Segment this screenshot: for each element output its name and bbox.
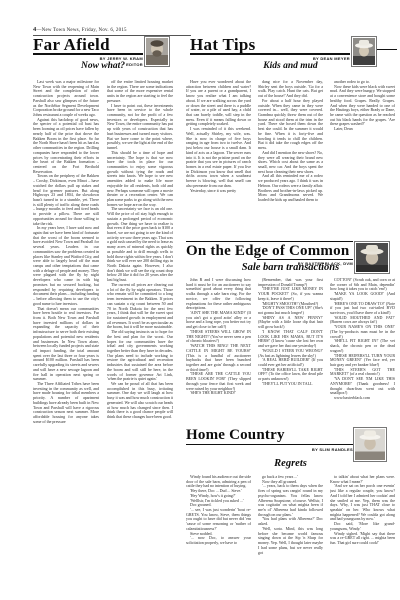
paragraph: 'YOUR NAME'S ON THIS ONE!' (The by-produ…	[330, 325, 395, 339]
paragraph: Now these kids were black with sweet mud…	[330, 85, 395, 127]
paragraph: This should be a time of hope and uncert…	[107, 151, 173, 208]
paragraph: 'WATCH THIS RING! THE NEXT CATTLE IN MIG…	[186, 344, 251, 372]
paragraph: That doesn't mean our communities have b…	[33, 307, 99, 383]
paragraph: The Three Affiliated Tribes have been in…	[33, 382, 99, 424]
paragraph: Later, Dean	[330, 127, 395, 132]
common-sense-column-1: John R and I were discussing how hard it…	[186, 278, 251, 424]
paragraph: Windy found his audience out the side do…	[186, 475, 251, 489]
newspaper-page: 4—New Town News, Friday, Nov. 6, 2015 Fa…	[0, 0, 400, 600]
common-sense-headline: Sale barn transactions	[186, 263, 395, 274]
hat-tips-rule	[190, 53, 350, 55]
paragraph: The uncertainty we face is an old one. W…	[107, 207, 173, 283]
hat-tips-column-3: another rodeo to go to.Now these kids we…	[330, 80, 395, 248]
hat-tips-rule-right	[377, 49, 397, 50]
paragraph: I was reminded of it this weekend. Well,…	[186, 127, 251, 188]
paragraph: 'And we sat on her porch one evenin' jus…	[330, 484, 395, 522]
paragraph: We can be proud of all that has been acc…	[107, 382, 173, 420]
home-country-column-2: go back a few years ...'Now they all gro…	[258, 475, 323, 573]
paragraph: Windy sighed. 'Might say that there was …	[330, 532, 395, 546]
hat-tips-column-2: dang nice for a November day, Shirley se…	[258, 80, 323, 248]
home-country-masthead: Home Country	[186, 428, 285, 443]
paragraph: 'THESE BABIES'LL TAKE RIGHT OFF!' (To th…	[258, 368, 323, 382]
paragraph: The old saying instructs us to hope for …	[107, 330, 173, 382]
home-country-byline: BY SLIM RANDLES	[257, 447, 353, 453]
paragraph: www.baxterblack.com	[330, 396, 395, 401]
paragraph: In my years here, I have said now and ag…	[33, 226, 99, 306]
common-sense-top-rule	[186, 241, 353, 242]
paragraph: 'I KNOW THAT CALF DON'T LOOK LIKE HIS MA…	[258, 330, 323, 349]
slim-randles-headshot	[353, 427, 387, 462]
paragraph: 'SHE'S THE RIGHT KIND!'	[186, 391, 251, 396]
paragraph: dang nice for a November day, Shirley se…	[258, 80, 323, 99]
paragraph: 'SHINY AS A NEW PENNY!' (Maybe with a li…	[258, 316, 323, 330]
paragraph: 'HERE'S ONE TO DRAW TO!' (Note if you ju…	[330, 302, 395, 316]
paragraph: 'THESE HEIFERS'LL TURN YOUR MONEY GREEN!…	[330, 354, 395, 368]
cowboy-hat-portrait-icon	[353, 38, 375, 65]
editor-portrait-icon	[146, 38, 168, 65]
paragraph: John R and I were discussing how hard it…	[186, 278, 251, 311]
far-afield-column-1: Last week was a major milestone for New …	[33, 80, 99, 538]
paragraph: '... years, back to them days when the f…	[258, 484, 323, 517]
paragraph: I have to point out, these investments h…	[107, 104, 173, 151]
paragraph: Against this backdrop of good news, the …	[33, 118, 99, 175]
paragraph: And all this reminded me of a rodeo we p…	[258, 174, 323, 202]
folio-text: —New Town News, Friday, Nov. 6, 2015	[36, 28, 126, 33]
paragraph: 'SHE'LL FIT RIGHT IN!' (The vet shack, t…	[330, 339, 395, 353]
hat-portrait-icon	[355, 429, 385, 460]
paragraph: off the entire limited housing market in…	[107, 80, 173, 104]
paragraph: 'YA DON'T SEE 'EM LIKE THIS ANYMORE!' (T…	[330, 377, 395, 396]
paragraph: 'THEY'RE JUST LIKE MONEY IN YOUR POCKET!…	[258, 287, 323, 301]
home-country-headline: Regrets	[186, 459, 395, 470]
paragraph: COTTON!' (Scrub oak, and corn or at the …	[330, 278, 395, 292]
common-sense-column-2: (Remember, that was your first impressio…	[258, 278, 323, 424]
common-sense-column-3: COTTON!' (Scrub oak, and corn or at the …	[330, 278, 395, 424]
home-country-column-1: Windy found his audience out the side do…	[186, 475, 251, 573]
paragraph: Have you ever wondered about the attract…	[186, 80, 251, 127]
paragraph: 'THESE STEERS WILL GROW IN THE NIGHT!' (…	[186, 330, 251, 344]
paragraph: For about a half hour they played outsid…	[258, 99, 323, 151]
far-afield-headline: Now what?	[33, 62, 173, 72]
home-country-rule	[186, 444, 353, 445]
paragraph: 'AIN'T SHE THE MAMA KIND?' (If you ain't…	[186, 311, 251, 330]
paragraph: '... now Doc, to answer your solicitatio…	[186, 536, 251, 545]
paragraph: 'THEY'LL PUT YOU IN TALL	[258, 382, 323, 387]
paragraph: Yesterday, since it was pretty	[186, 189, 251, 194]
paragraph: And did I mention the new shoes? No, the…	[258, 151, 323, 175]
hat-tips-headline: Kids and mud	[186, 62, 395, 72]
paragraph: 'Well, sorta. Mind, this was long before…	[258, 527, 323, 555]
home-country-column-3: to talkin' about what her plans were. Kn…	[330, 475, 395, 573]
paragraph: The current oil prices are clearing out …	[107, 283, 173, 330]
far-afield-rule	[33, 53, 143, 55]
hat-tips-masthead: Hat Tips	[190, 36, 256, 53]
paragraph: 'THESE ARE THE CATTLE YOU BEEN LOOKIN' F…	[186, 372, 251, 391]
far-afield-masthead: Far Afield	[33, 36, 110, 53]
paragraph: '... see, I was just wonderin' 'bout re-…	[186, 508, 251, 532]
paragraph: Towns on the periphery of the Bakken – C…	[33, 174, 99, 226]
paragraph: Last week was a major milestone for New …	[33, 80, 99, 118]
hat-tips-column-1: Have you ever wondered about the attract…	[186, 80, 251, 248]
far-afield-column-2: off the entire limited housing market in…	[107, 80, 173, 538]
